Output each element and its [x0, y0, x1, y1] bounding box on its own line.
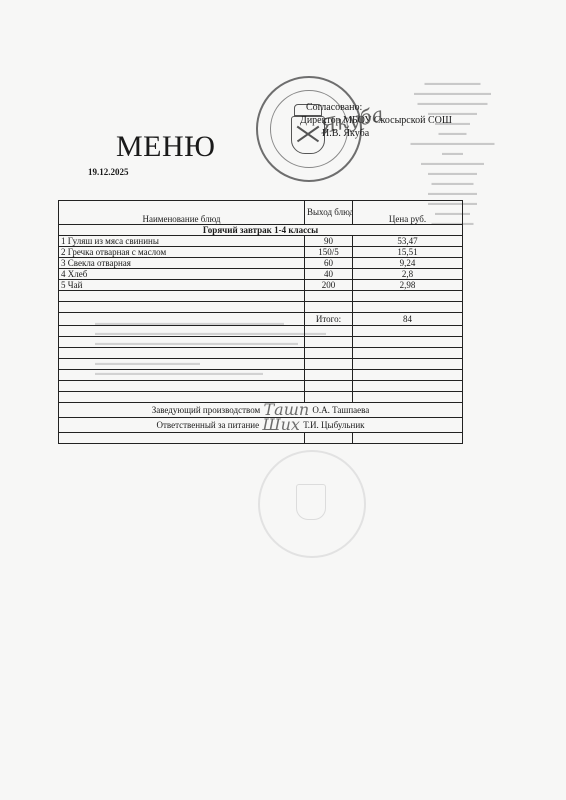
empty-row — [59, 337, 463, 348]
signature-row-production: Заведующий производством Ташп О.А. Ташпа… — [59, 403, 463, 418]
dish-yield: 40 — [305, 269, 353, 280]
table-header-row: Наименование блюд Выход блюд Цена руб. — [59, 201, 463, 225]
production-head-name: О.А. Ташпаева — [312, 405, 369, 415]
dish-price: 53,47 — [353, 236, 463, 247]
total-label: Итого: — [305, 313, 353, 326]
table-row: 2 Гречка отварная с маслом 150/5 15,51 — [59, 247, 463, 258]
header-yield: Выход блюд — [305, 201, 353, 225]
table-row: 4 Хлеб 40 2,8 — [59, 269, 463, 280]
dish-name: 2 Гречка отварная с маслом — [59, 247, 305, 258]
nutrition-label: Ответственный за питание — [156, 420, 259, 430]
empty-row — [59, 302, 463, 313]
empty-row — [59, 370, 463, 381]
faded-stamp-icon — [258, 450, 366, 558]
menu-date: 19.12.2025 — [88, 167, 129, 177]
nutrition-signature: Ших — [262, 420, 300, 430]
empty-row — [59, 291, 463, 302]
empty-row — [59, 326, 463, 337]
signature-row-nutrition: Ответственный за питание Ших Т.И. Цыбуль… — [59, 418, 463, 433]
dish-name: 5 Чай — [59, 280, 305, 291]
table-row: 3 Свекла отварная 60 9,24 — [59, 258, 463, 269]
section-title: Горячий завтрак 1-4 классы — [59, 225, 463, 236]
empty-row — [59, 392, 463, 403]
dish-yield: 200 — [305, 280, 353, 291]
page-title: МЕНЮ — [116, 130, 216, 164]
dish-price: 2,8 — [353, 269, 463, 280]
nutrition-name: Т.И. Цыбульник — [303, 420, 364, 430]
section-row: Горячий завтрак 1-4 классы — [59, 225, 463, 236]
empty-row — [59, 359, 463, 370]
empty-row — [59, 433, 463, 444]
dish-yield: 90 — [305, 236, 353, 247]
dish-price: 2,98 — [353, 280, 463, 291]
dish-name: 3 Свекла отварная — [59, 258, 305, 269]
dish-yield: 150/5 — [305, 247, 353, 258]
total-value: 84 — [353, 313, 463, 326]
dish-price: 9,24 — [353, 258, 463, 269]
menu-table: Наименование блюд Выход блюд Цена руб. Г… — [58, 200, 463, 444]
table-row: 5 Чай 200 2,98 — [59, 280, 463, 291]
empty-row — [59, 381, 463, 392]
table-row: 1 Гуляш из мяса свинины 90 53,47 — [59, 236, 463, 247]
dish-name: 4 Хлеб — [59, 269, 305, 280]
dish-yield: 60 — [305, 258, 353, 269]
total-row: Итого: 84 — [59, 313, 463, 326]
production-head-label: Заведующий производством — [152, 405, 261, 415]
production-head-signature: Ташп — [263, 405, 309, 415]
dish-price: 15,51 — [353, 247, 463, 258]
dish-name: 1 Гуляш из мяса свинины — [59, 236, 305, 247]
empty-row — [59, 348, 463, 359]
header-name: Наименование блюд — [59, 201, 305, 225]
header-price: Цена руб. — [353, 201, 463, 225]
